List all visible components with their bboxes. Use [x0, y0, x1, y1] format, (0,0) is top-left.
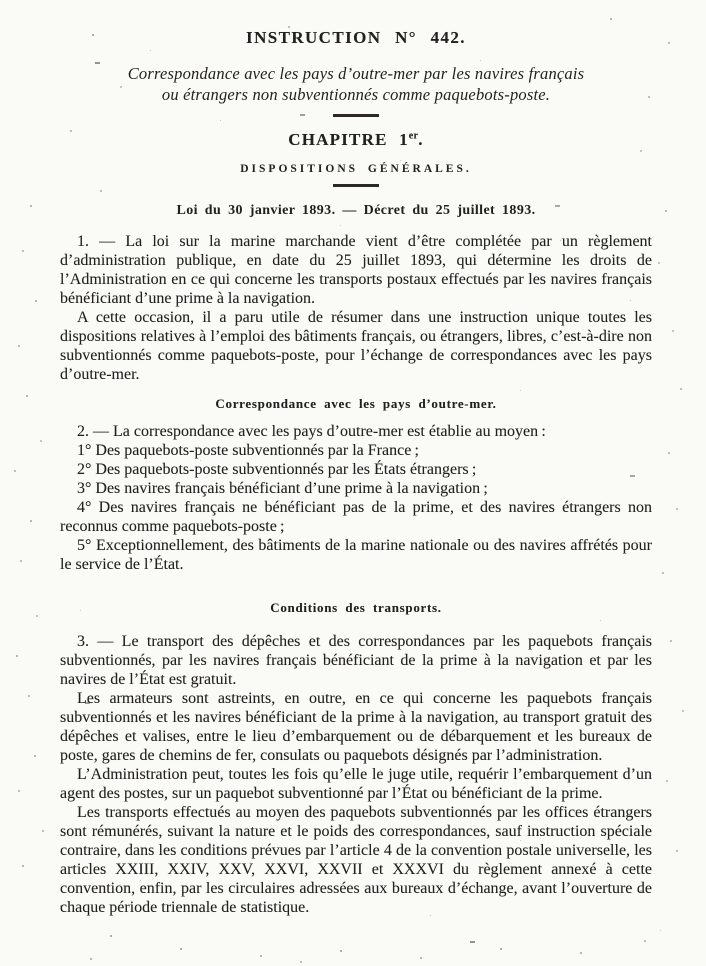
body-paragraph: Les transports effectués au moyen des pa… [60, 803, 652, 917]
body-paragraph: L’Administration peut, toutes les fois q… [60, 765, 652, 803]
page-content: INSTRUCTION N° 442. Correspondance avec … [60, 22, 652, 917]
instruction-title: INSTRUCTION N° 442. [60, 28, 652, 48]
subtitle-line-2: ou étrangers non subventionnés comme paq… [60, 84, 652, 105]
body-paragraph: 1. — La loi sur la marine marchande vien… [60, 232, 652, 308]
scan-noise [0, 0, 5, 2]
body-paragraph: 3. — Le transport des dépêches et des co… [60, 632, 652, 689]
scan-noise [0, 0, 2, 2]
enumerated-item: 3° Des navires français bénéficiant d’un… [60, 479, 652, 498]
enumerated-item: 2° Des paquebots-poste subventionnés par… [60, 460, 652, 479]
document-page: INSTRUCTION N° 442. Correspondance avec … [0, 0, 706, 966]
enumerated-item: 1° Des paquebots-poste subventionnés par… [60, 441, 652, 460]
section-heading-conditions: Conditions des transports. [60, 600, 652, 616]
chapter-period: . [418, 130, 423, 149]
chapter-ordinal-suffix: er [409, 130, 418, 141]
chapter-subtitle: DISPOSITIONS GÉNÉRALES. [60, 163, 652, 175]
section-heading-correspondance: Correspondance avec les pays d’outre-mer… [60, 396, 652, 412]
enumerated-item: 5° Exceptionnellement, des bâtiments de … [60, 536, 652, 574]
chapter-number: CHAPITRE 1 [288, 130, 408, 149]
enumerated-item: 4° Des navires français ne bénéficiant p… [60, 498, 652, 536]
subtitle-line-1: Correspondance avec les pays d’outre-mer… [60, 63, 652, 84]
scan-noise [0, 0, 1, 1]
body-paragraph: A cette occasion, il a paru utile de rés… [60, 308, 652, 384]
document-subtitle: Correspondance avec les pays d’outre-mer… [60, 63, 652, 105]
ornamental-rule [333, 184, 379, 187]
chapter-heading: CHAPITRE 1er. [60, 130, 652, 150]
law-dates-heading: Loi du 30 janvier 1893. — Décret du 25 j… [60, 203, 652, 219]
body-paragraph: 2. — La correspondance avec les pays d’o… [60, 422, 652, 441]
body-paragraph: Les armateurs sont astreints, en outre, … [60, 689, 652, 765]
ornamental-rule [333, 114, 379, 117]
